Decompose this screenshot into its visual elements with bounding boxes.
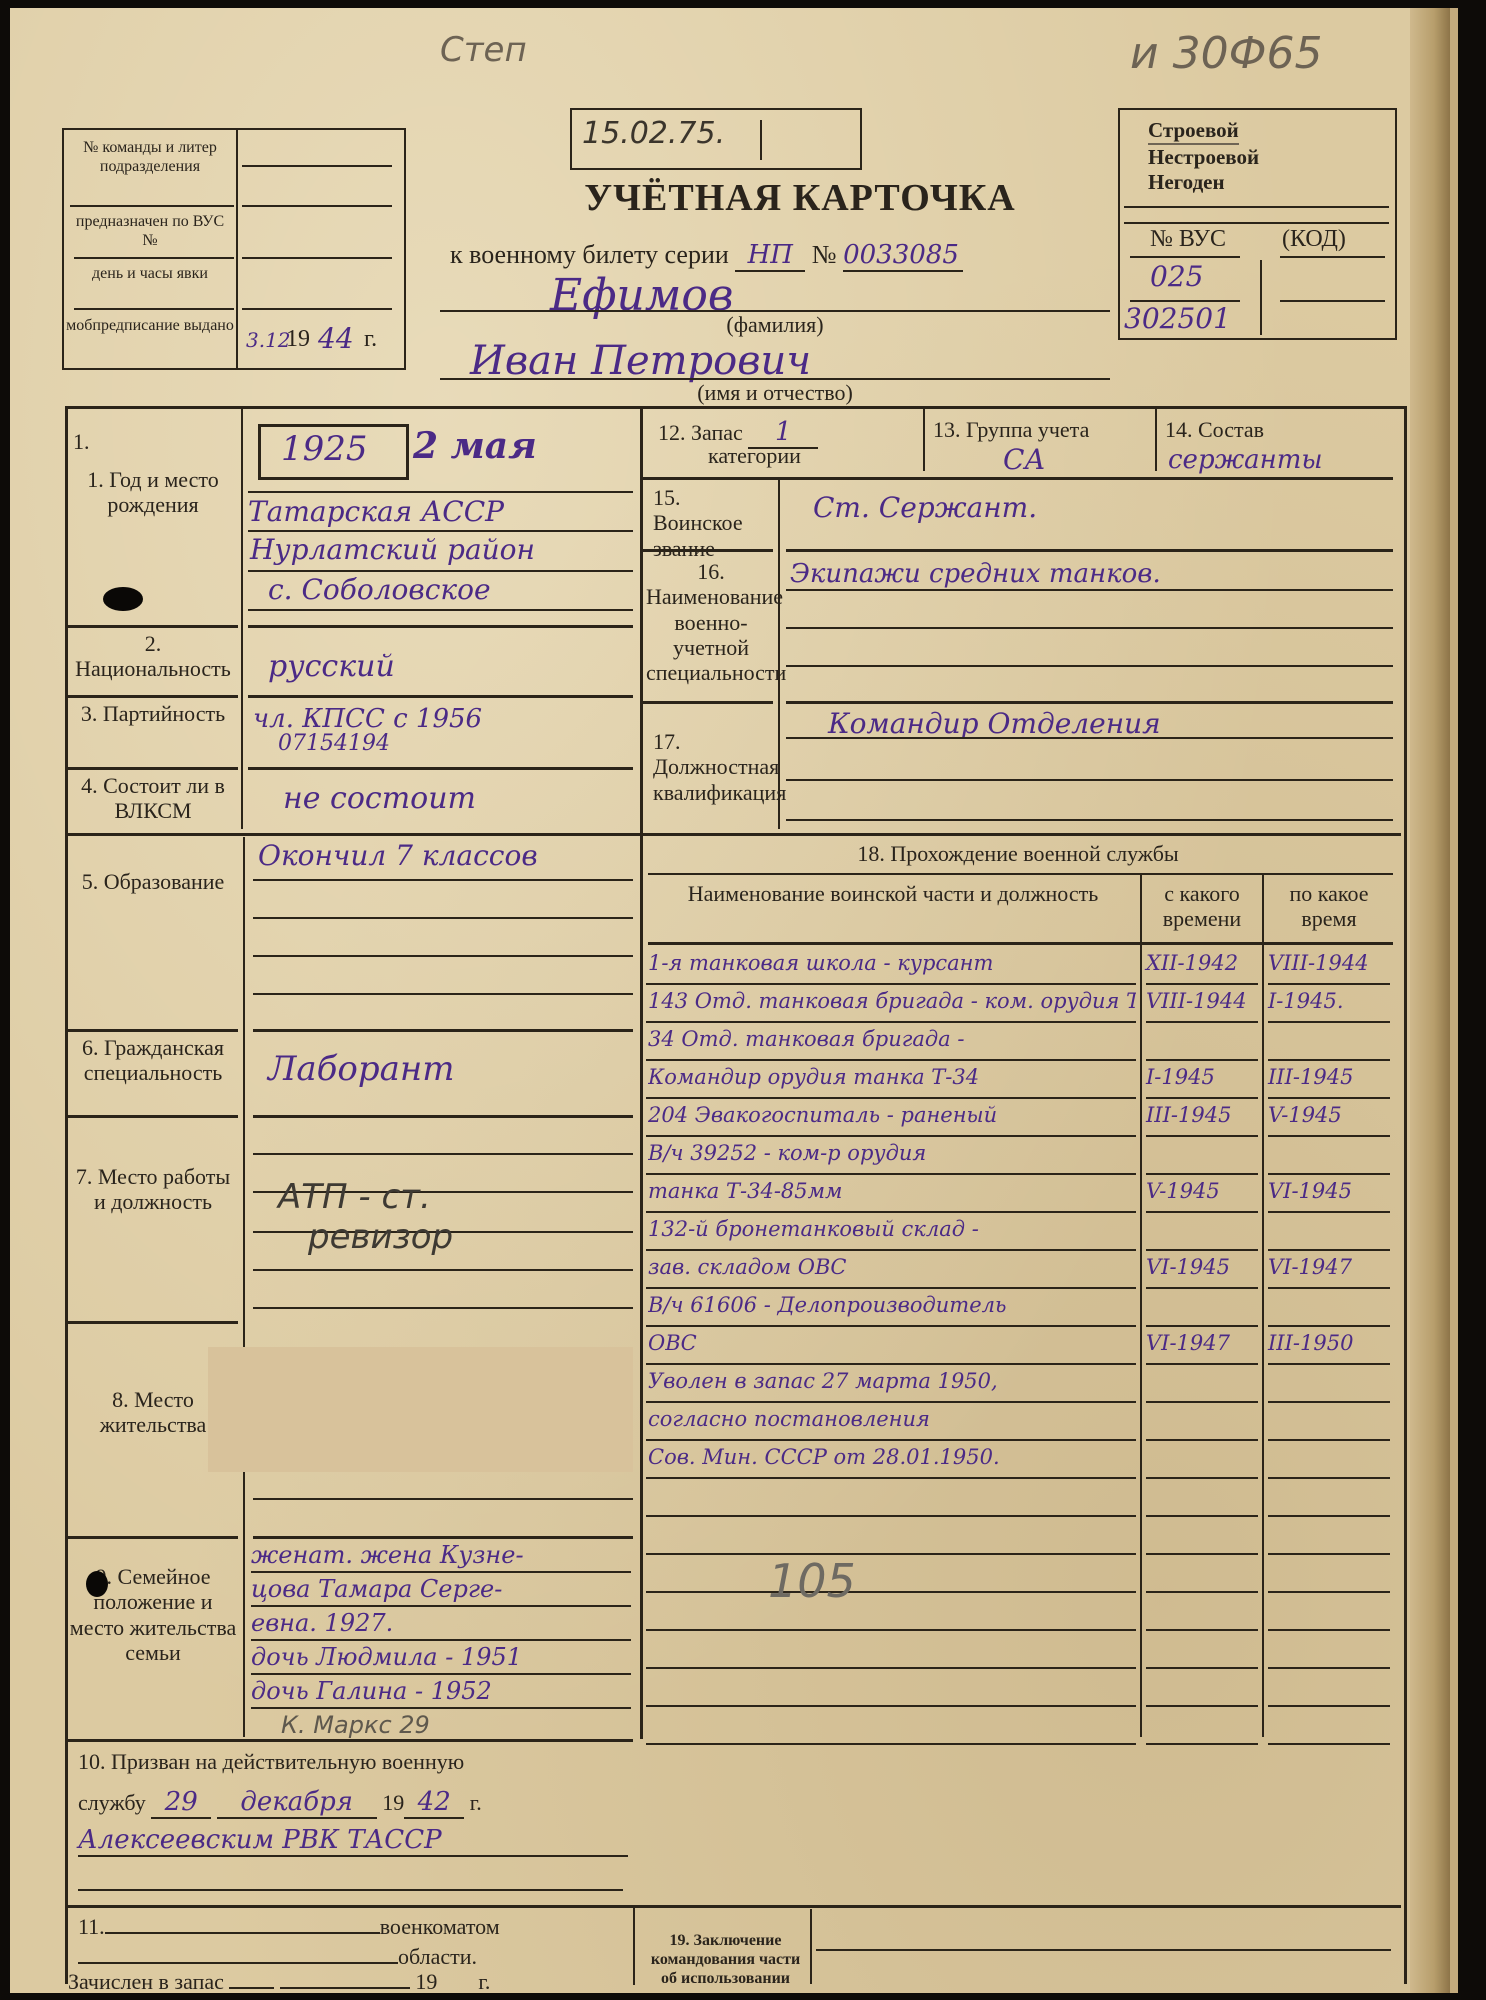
family-line-1: женат. жена Кузне- (251, 1539, 631, 1573)
ticket-line: к военному билету серии НП № 0033085 (450, 240, 963, 272)
service-to: I-1945. (1268, 989, 1388, 1013)
service-row (646, 1707, 1396, 1745)
vus-value: 025 (1150, 260, 1203, 293)
service-to: V-1945 (1268, 1103, 1388, 1127)
f7-label: 7. Место работы и должность (68, 1164, 238, 1215)
service-unit: В/ч 39252 - ком-р орудия (648, 1141, 1136, 1165)
f11-region: области. (398, 1944, 477, 1969)
service-header-from: с какого времени (1142, 881, 1262, 932)
service-from: VI-1945 (1146, 1255, 1256, 1279)
pencil-note-top-left: Степ (440, 30, 527, 70)
service-row: Командир орудия танка Т-34 I-1945 III-19… (646, 1061, 1396, 1099)
service-from: V-1945 (1146, 1179, 1256, 1203)
service-row: Уволен в запас 27 марта 1950, (646, 1365, 1396, 1403)
family-value: женат. жена Кузне- цова Тамара Серге- ев… (251, 1539, 631, 1741)
party-value: чл. КПСС с 1956 (253, 704, 482, 734)
military-rank-value: Ст. Сержант. (813, 491, 1037, 524)
conscription-suffix: г. (470, 1790, 482, 1815)
service-row: В/ч 39252 - ком-р орудия (646, 1137, 1396, 1175)
service-row: 204 Эвакогоспиталь - раненый III-1945 V-… (646, 1099, 1396, 1137)
pencil-page-number: 105 (768, 1554, 856, 1608)
conscription-place: Алексеевским РВК ТАССР (78, 1825, 628, 1857)
service-unit: 132-й бронетанковый склад - (648, 1217, 1136, 1241)
f1-label: 1. Год и место рождения (68, 467, 238, 518)
family-line-4: дочь Людмила - 1951 (251, 1641, 631, 1675)
service-from: VI-1947 (1146, 1331, 1256, 1355)
stamp-date-box: 15.02.75. (570, 108, 862, 170)
service-from: VIII-1944 (1146, 989, 1256, 1013)
workplace-line-2: ревизор (308, 1217, 453, 1257)
f11-line-2: области. (78, 1944, 477, 1970)
f11-commissariat: военкоматом (380, 1914, 500, 1939)
family-line-3: евна. 1927. (251, 1607, 631, 1641)
service-unit: танка Т-34-85мм (648, 1179, 1136, 1203)
mob-order-label: мобпредписание выдано (64, 316, 236, 335)
civil-specialty-value: Лаборант (268, 1049, 455, 1089)
service-row: Сов. Мин. СССР от 28.01.1950. (646, 1441, 1396, 1479)
workplace-line-1: АТП - ст. (278, 1177, 431, 1217)
ticket-series: НП (735, 240, 805, 272)
service-row: 132-й бронетанковый склад - (646, 1213, 1396, 1251)
service-unit: зав. складом ОВС (648, 1255, 1136, 1279)
stamp-date: 15.02.75. (582, 116, 725, 151)
ticket-number-label: № (812, 240, 837, 269)
command-number-label: № команды и литер подразделения (64, 138, 236, 176)
birth-place-2: Нурлатский район (250, 533, 535, 566)
birth-place-1: Татарская АССР (248, 495, 504, 528)
service-row: 1-я танковая школа - курсант XII-1942 VI… (646, 947, 1396, 985)
family-line-5: дочь Галина - 1952 (251, 1675, 631, 1709)
service-row: 143 Отд. танковая бригада - ком. орудия … (646, 985, 1396, 1023)
fitness-categories: Строевой Нестроевой Негоден (1148, 118, 1259, 194)
service-row: В/ч 61606 - Делопроизводитель (646, 1289, 1396, 1327)
surname-caption: (фамилия) (440, 312, 1110, 338)
registration-group-value: СА (1003, 443, 1046, 476)
ticket-prefix: к военному билету серии (450, 240, 729, 269)
service-unit: Командир орудия танка Т-34 (648, 1065, 1136, 1089)
service-row: согласно постановления (646, 1403, 1396, 1441)
birth-date: 2 мая (413, 425, 537, 467)
service-header-unit: Наименование воинской части и должность (648, 881, 1138, 906)
service-unit: 204 Эвакогоспиталь - раненый (648, 1103, 1136, 1127)
f19-label: 19. Заключение командования части об исп… (643, 1931, 808, 1989)
service-unit: ОВС (648, 1331, 1136, 1355)
report-time-label: день и часы явки (74, 264, 226, 283)
service-row (646, 1555, 1396, 1593)
birth-year-box: 1925 (258, 424, 409, 480)
left-dispatch-box: № команды и литер подразделения предназн… (62, 128, 406, 370)
service-from: XII-1942 (1146, 951, 1256, 975)
service-row (646, 1517, 1396, 1555)
service-to: III-1950 (1268, 1331, 1388, 1355)
fitness-fit: Строевой (1148, 118, 1239, 145)
composition-value: сержанты (1168, 445, 1323, 475)
service-row (646, 1669, 1396, 1707)
vus-assigned-label: предназначен по ВУС № (74, 212, 226, 250)
birth-place-3: с. Соболовское (268, 573, 491, 606)
vus-code-value: 302501 (1124, 302, 1231, 335)
service-to: III-1945 (1268, 1065, 1388, 1089)
military-specialty-value: Экипажи средних танков. (790, 559, 1161, 589)
reserve-suffix: г. (478, 1969, 490, 1994)
paper-edge (1410, 8, 1450, 1993)
service-unit: 143 Отд. танковая бригада - ком. орудия … (648, 989, 1136, 1013)
fitness-unfit: Негоден (1148, 170, 1259, 195)
service-header-to: по какое время (1264, 881, 1394, 932)
fitness-limited: Нестроевой (1148, 145, 1259, 170)
service-row: 34 Отд. танковая бригада - (646, 1023, 1396, 1061)
service-row: танка Т-34-85мм V-1945 VI-1945 (646, 1175, 1396, 1213)
service-unit: Уволен в запас 27 марта 1950, (648, 1369, 1136, 1393)
f17-label: 17. Должностная квалификация (653, 729, 778, 805)
service-from: I-1945 (1146, 1065, 1256, 1089)
service-to: VI-1945 (1268, 1179, 1388, 1203)
service-row: зав. складом ОВС VI-1945 VI-1947 (646, 1251, 1396, 1289)
f11-reserve-line: Зачислен в запас 19 г. (68, 1969, 490, 1995)
f10-date-line: службу 29 декабря 1942 г. (78, 1787, 633, 1819)
family-line-2: цова Тамара Серге- (251, 1573, 631, 1607)
conscription-year-prefix: 19 (382, 1790, 404, 1815)
reserve-label: Зачислен в запас (68, 1969, 224, 1994)
mob-order-year-prefix: 19 (286, 326, 310, 353)
birth-year: 1925 (281, 429, 368, 469)
education-value: Окончил 7 классов (258, 839, 538, 872)
f14-label: 14. Состав (1165, 417, 1264, 443)
service-row (646, 1593, 1396, 1631)
service-unit: Сов. Мин. СССР от 28.01.1950. (648, 1445, 1136, 1469)
f2-label: 2. Национальность (68, 631, 238, 682)
service-unit: согласно постановления (648, 1407, 1136, 1431)
card-title: УЧЁТНАЯ КАРТОЧКА (540, 176, 1060, 220)
f12-label-2: категории (708, 443, 801, 469)
reserve-year-prefix: 19 (415, 1969, 437, 1994)
main-form: 1. 1. Год и место рождения 1925 2 мая Та… (65, 406, 1407, 1984)
mob-order-day: 3.12 (246, 328, 291, 352)
conscription-year: 42 (404, 1787, 464, 1819)
service-row (646, 1479, 1396, 1517)
service-unit: 34 Отд. танковая бригада - (648, 1027, 1136, 1051)
f4-label: 4. Состоит ли в ВЛКСМ (68, 773, 238, 824)
f1-number: 1. (73, 429, 103, 454)
family-line-6: К. Маркс 29 (251, 1709, 631, 1741)
service-from: III-1945 (1146, 1103, 1256, 1127)
service-unit: 1-я танковая школа - курсант (648, 951, 1136, 975)
conscription-month: декабря (217, 1787, 377, 1819)
code-label: (КОД) (1282, 226, 1346, 253)
f11-prefix: 11. (78, 1914, 105, 1939)
mob-order-suffix: г. (364, 326, 377, 353)
f6-label: 6. Гражданская специальность (68, 1035, 238, 1086)
f16-label: 16. Наименование военно-учетной специаль… (646, 559, 776, 685)
f13-label: 13. Группа учета (933, 417, 1089, 443)
service-to: VI-1947 (1268, 1255, 1388, 1279)
fitness-box: Строевой Нестроевой Негоден № ВУС (КОД) … (1118, 108, 1397, 340)
f5-label: 5. Образование (68, 869, 238, 894)
record-card: Степ и 30Ф65 № команды и литер подраздел… (10, 8, 1458, 1993)
f3-label: 3. Партийность (68, 701, 238, 726)
service-row (646, 1631, 1396, 1669)
conscription-day: 29 (151, 1787, 211, 1819)
mob-order-year: 44 (318, 322, 354, 355)
ink-blot (103, 587, 143, 611)
service-table-body: 1-я танковая школа - курсант XII-1942 VI… (646, 947, 1396, 1745)
ticket-number: 0033085 (843, 240, 963, 272)
vus-label: № ВУС (1150, 226, 1226, 253)
pencil-note-top-right: и 30Ф65 (1130, 28, 1322, 79)
qualification-value: Командир Отделения (828, 707, 1161, 740)
party-card-number: 07154194 (278, 731, 390, 756)
ink-blot-2 (86, 1571, 108, 1597)
nationality-value: русский (268, 649, 395, 684)
service-title: 18. Прохождение военной службы (643, 841, 1393, 867)
service-unit: В/ч 61606 - Делопроизводитель (648, 1293, 1136, 1317)
f11-line-1: 11.военкоматом (78, 1914, 500, 1940)
f10-label: 10. Призван на действительную военную (78, 1749, 464, 1775)
komsomol-value: не состоит (283, 781, 476, 816)
service-to: VIII-1944 (1268, 951, 1388, 975)
f10-service-label: службу (78, 1790, 146, 1815)
service-row: ОВС VI-1947 III-1950 (646, 1327, 1396, 1365)
redacted-address (208, 1347, 633, 1472)
name-patronymic-caption: (имя и отчество) (440, 380, 1110, 406)
f12-label-text: 12. Запас (658, 420, 743, 445)
